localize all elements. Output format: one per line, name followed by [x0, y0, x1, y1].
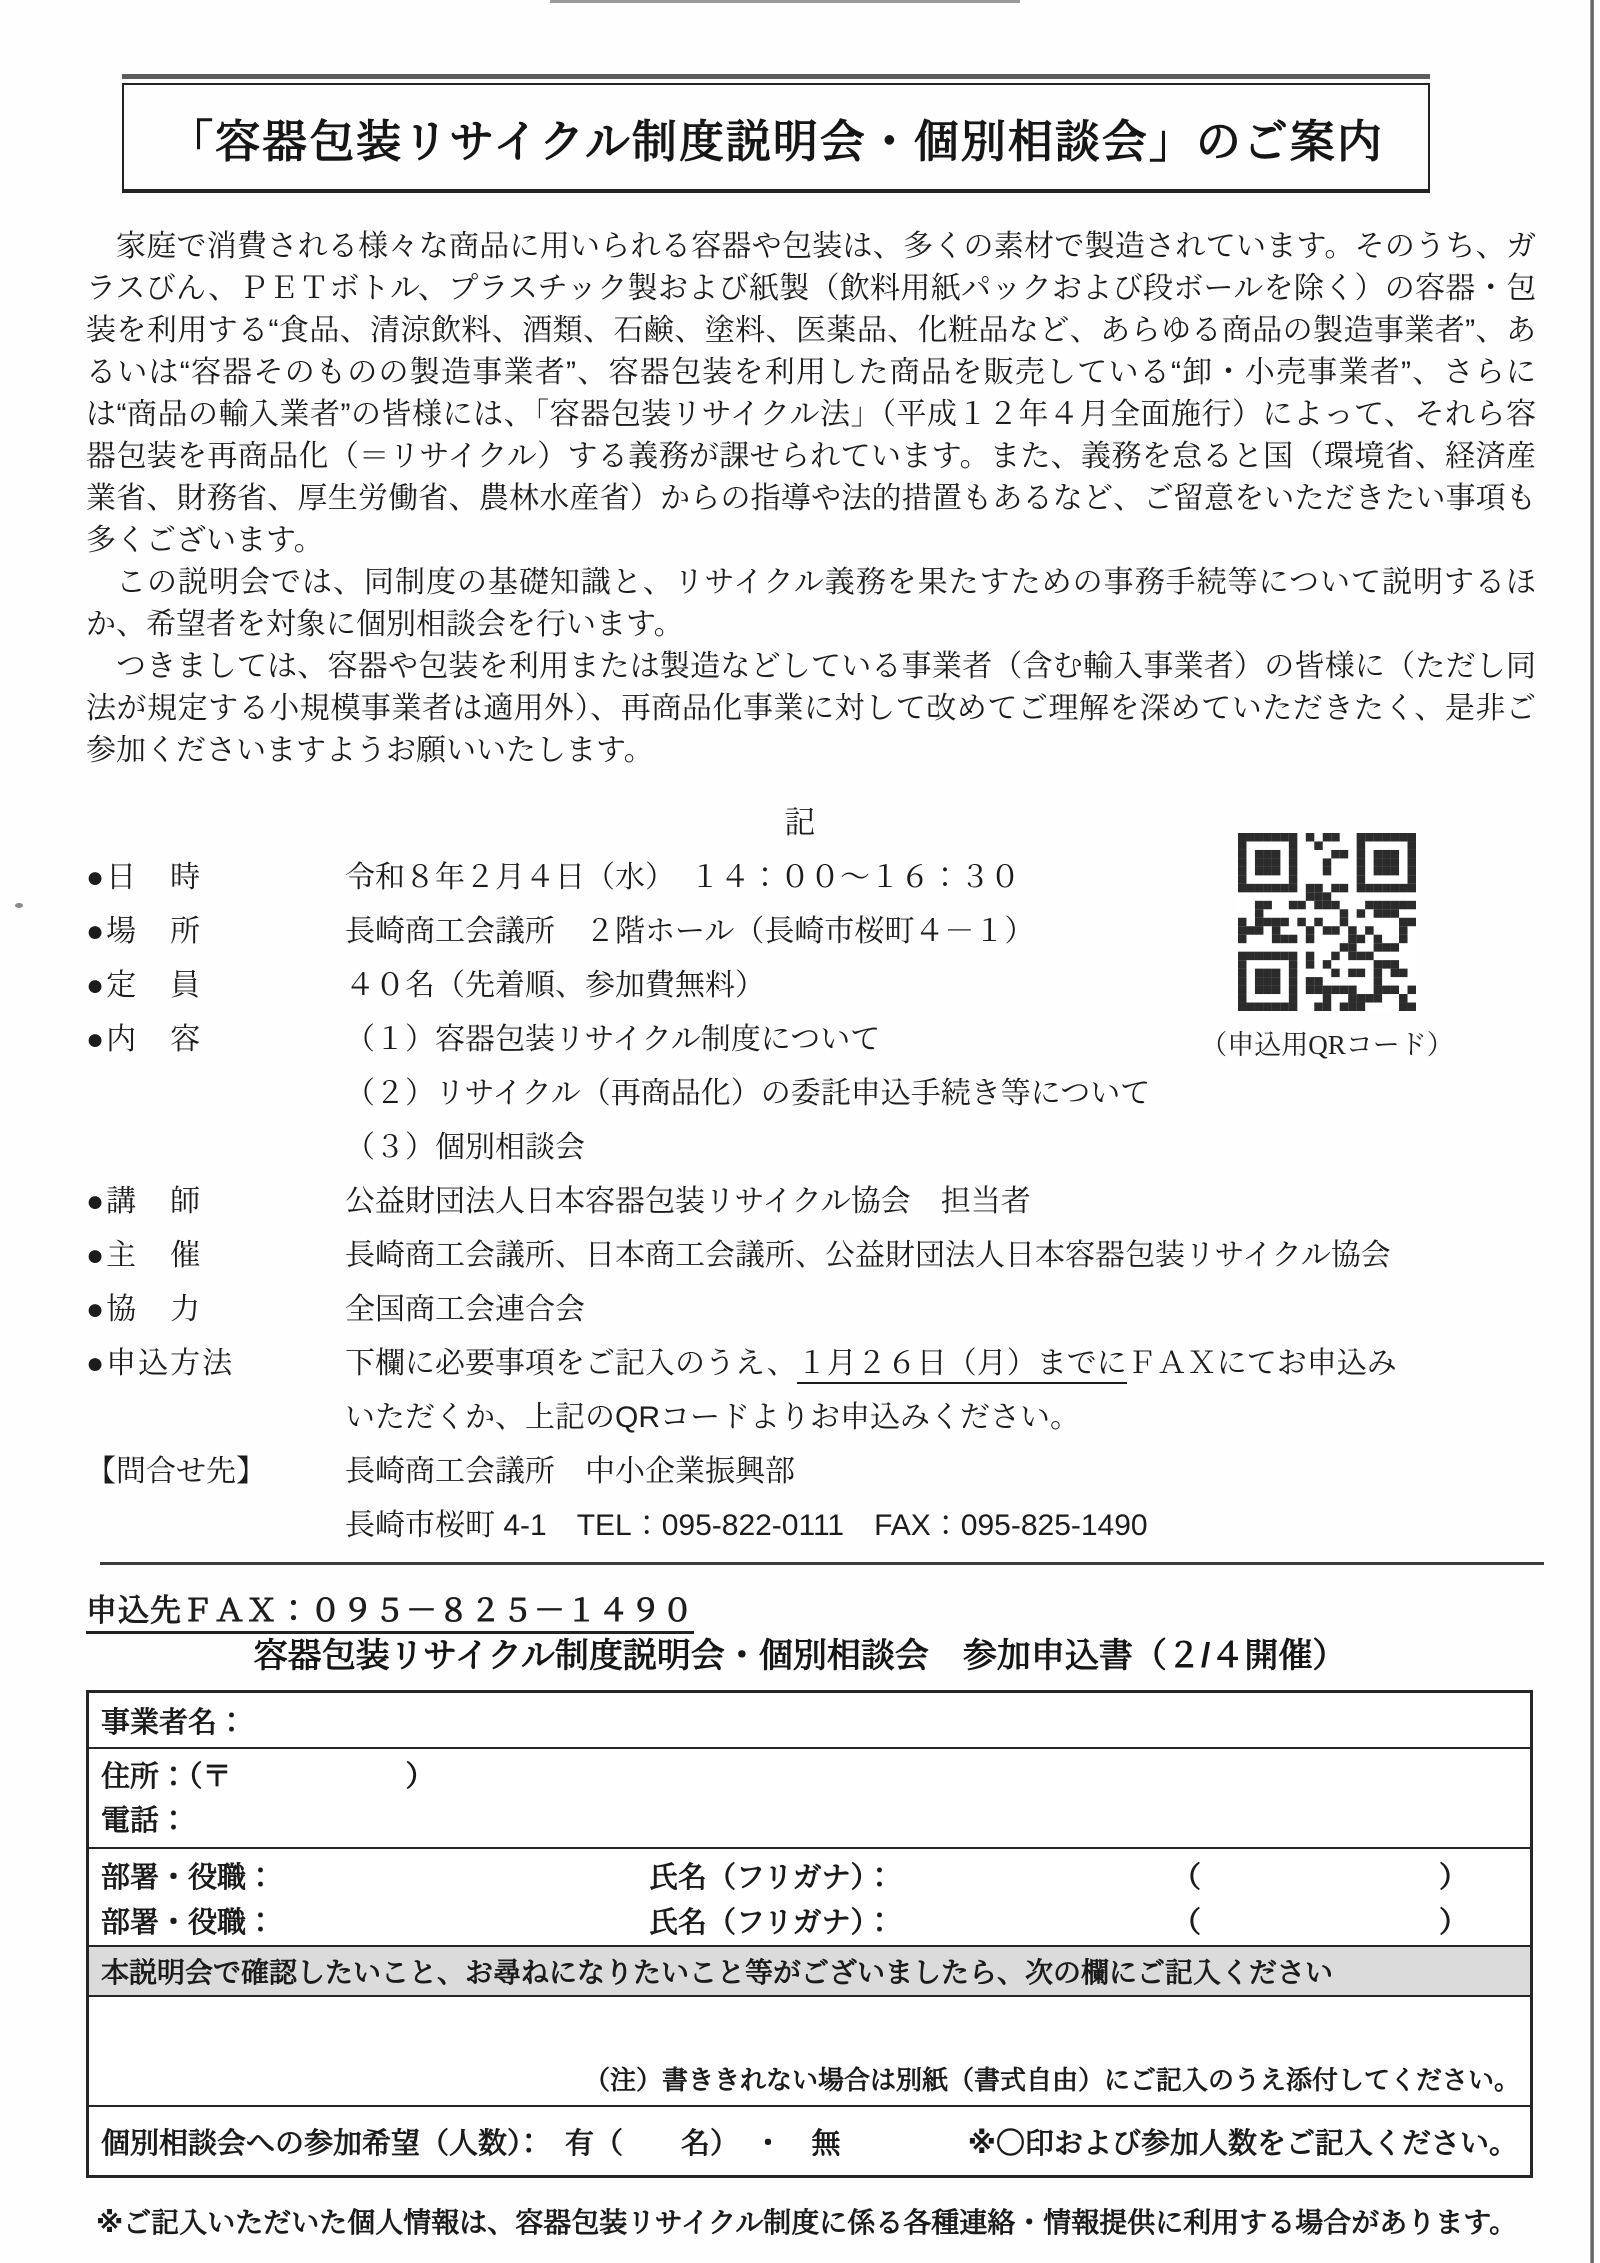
fax-destination-header: 申込先ＦＡＸ：０９５－８２５－１４９０	[86, 1585, 694, 1630]
company-name-label: 事業者名：	[101, 1700, 246, 1741]
detail-label-lecturer: ●講 師	[86, 1185, 345, 1218]
furigana-paren-open-2: （	[1172, 1900, 1201, 1941]
detail-value-support: 全国商工会連合会	[345, 1293, 1536, 1326]
detail-label-datetime: ●日 時	[86, 861, 345, 894]
detail-label-contents: ●内 容	[86, 1023, 345, 1164]
detail-row-contact: 【問合せ先】 長崎商工会議所 中小企業振興部 長崎市桜町 4-1 TEL：095…	[86, 1455, 1536, 1542]
furigana-paren-close-1: ）	[1439, 1855, 1468, 1896]
attendee-line-1: 部署・役職： 氏名（フリガナ）： （ ）	[89, 1853, 1530, 1898]
name-furigana-label-1: 氏名（フリガナ）：	[649, 1855, 1172, 1896]
phone-label: 電話：	[101, 1799, 1518, 1843]
application-form-title: 容器包装リサイクル制度説明会・個別相談会 参加申込書（２/４開催）	[0, 1628, 1600, 1677]
form-row-free-entry: （注）書ききれない場合は別紙（書式自由）にご記入のうえ添付してください。	[89, 1995, 1530, 2105]
detail-label-apply-method: ●申込方法	[86, 1347, 345, 1434]
scan-artifact-dot	[15, 903, 23, 908]
furigana-paren-open-1: （	[1172, 1855, 1201, 1896]
intro-text: 家庭で消費される様々な商品に用いられる容器や包装は、多くの素材で製造されています…	[86, 226, 1536, 772]
furigana-paren-close-2: ）	[1439, 1900, 1468, 1941]
detail-value-lecturer: 公益財団法人日本容器包装リサイクル協会 担当者	[345, 1185, 1536, 1218]
detail-row-organizer: ●主 催 長崎商工会議所、日本商工会議所、公益財団法人日本容器包装リサイクル協会	[86, 1239, 1536, 1272]
detail-value-contents-3: （３）個別相談会	[345, 1131, 1536, 1164]
detail-label-capacity: ●定 員	[86, 969, 345, 1002]
scanned-flyer-page: 「容器包装リサイクル制度説明会・個別相談会」のご案内 家庭で消費される様々な商品…	[0, 0, 1600, 2263]
detail-value-contents-2: （２）リサイクル（再商品化）の委託申込手続き等について	[345, 1077, 1536, 1110]
apply-method-line-2: いただくか、上記のQRコードよりお申込みください。	[345, 1401, 1536, 1434]
name-furigana-label-2: 氏名（フリガナ）：	[649, 1900, 1172, 1941]
title-box: 「容器包装リサイクル制度説明会・個別相談会」のご案内	[122, 83, 1430, 193]
page-title: 「容器包装リサイクル制度説明会・個別相談会」のご案内	[168, 105, 1384, 170]
attendee-line-2: 部署・役職： 氏名（フリガナ）： （ ）	[89, 1898, 1530, 1943]
intro-paragraph-2: この説明会では、同制度の基礎知識と、リサイクル義務を果たすための事務手続等につい…	[86, 562, 1536, 646]
apply-deadline-underlined: １月２６日（月）までに	[797, 1347, 1127, 1384]
address-label: 住所：（〒 ）	[101, 1755, 1518, 1799]
detail-label-contact: 【問合せ先】	[86, 1455, 345, 1542]
question-header-label: 本説明会で確認したいこと、お尋ねになりたいこと等がございましたら、次の欄にご記入…	[101, 1951, 1333, 1991]
application-form-table: 事業者名： 住所：（〒 ） 電話： 部署・役職： 氏名（フリガナ）： （ ） 部…	[86, 1690, 1533, 2178]
form-row-company-name: 事業者名：	[89, 1693, 1530, 1747]
detail-label-organizer: ●主 催	[86, 1239, 345, 1272]
scan-artifact-top-line	[550, 0, 1020, 3]
detail-label-place: ●場 所	[86, 915, 345, 948]
consultation-participation-note: ※〇印および参加人数をご記入ください。	[968, 2121, 1518, 2162]
intro-paragraph-3: つきましては、容器や包装を利用または製造などしている事業者（含む輸入事業者）の皆…	[86, 646, 1536, 772]
detail-label-support: ●協 力	[86, 1293, 345, 1326]
scan-artifact-right-edge	[1590, 0, 1594, 2263]
contact-address-phone: 長崎市桜町 4-1 TEL：095-822-0111 FAX：095-825-1…	[345, 1509, 1536, 1542]
apply-method-post: ＦＡＸにてお申込み	[1127, 1347, 1397, 1380]
dept-title-label-1: 部署・役職：	[101, 1855, 649, 1896]
apply-method-pre: 下欄に必要事項をご記入のうえ、	[345, 1347, 797, 1380]
dept-title-label-2: 部署・役職：	[101, 1900, 649, 1941]
apply-method-line-1: 下欄に必要事項をご記入のうえ、１月２６日（月）までにＦＡＸにてお申込み	[345, 1347, 1536, 1380]
section-divider-line	[100, 1562, 1544, 1565]
form-row-consultation: 個別相談会への参加希望（人数）： 有（ 名） ・ 無 ※〇印および参加人数をご記…	[89, 2105, 1530, 2175]
form-row-address-phone: 住所：（〒 ） 電話：	[89, 1747, 1530, 1847]
form-row-question-header: 本説明会で確認したいこと、お尋ねになりたいこと等がございましたら、次の欄にご記入…	[89, 1945, 1530, 1995]
form-row-attendees: 部署・役職： 氏名（フリガナ）： （ ） 部署・役職： 氏名（フリガナ）： （ …	[89, 1847, 1530, 1945]
detail-row-apply-method: ●申込方法 下欄に必要事項をご記入のうえ、１月２６日（月）までにＦＡＸにてお申込…	[86, 1347, 1536, 1434]
consultation-participation-label: 個別相談会への参加希望（人数）： 有（ 名） ・ 無	[101, 2121, 841, 2162]
qr-caption: （申込用QRコード）	[1177, 1023, 1477, 1062]
qr-block: （申込用QRコード）	[1177, 833, 1477, 1062]
qr-code-icon	[1238, 833, 1416, 1011]
detail-row-support: ●協 力 全国商工会連合会	[86, 1293, 1536, 1326]
title-box-top-rule	[122, 74, 1430, 79]
intro-paragraph-1: 家庭で消費される様々な商品に用いられる容器や包装は、多くの素材で製造されています…	[86, 226, 1536, 562]
detail-row-lecturer: ●講 師 公益財団法人日本容器包装リサイクル協会 担当者	[86, 1185, 1536, 1218]
privacy-footnote: ※ご記入いただいた個人情報は、容器包装リサイクル制度に係る各種連絡・情報提供に利…	[96, 2201, 1517, 2241]
overflow-note: （注）書ききれない場合は別紙（書式自由）にご記入のうえ添付してください。	[584, 2060, 1520, 2097]
detail-value-organizer: 長崎商工会議所、日本商工会議所、公益財団法人日本容器包装リサイクル協会	[345, 1239, 1536, 1272]
contact-organization: 長崎商工会議所 中小企業振興部	[345, 1455, 1536, 1488]
